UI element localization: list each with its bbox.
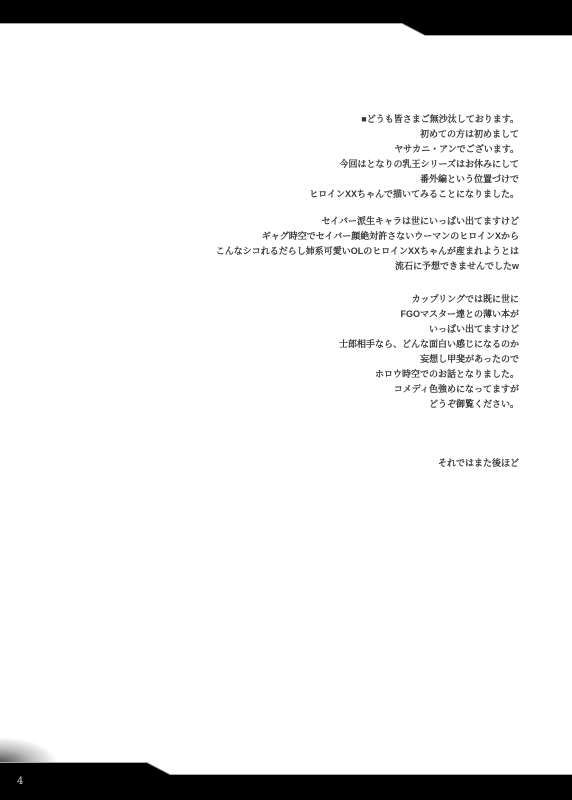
afterword-paragraph: それではまた後ほど xyxy=(60,456,519,471)
bottom-left-shade xyxy=(0,729,90,763)
afterword-text: ■どうも皆さまご無沙汰しております。初めての方は初めましてヤサカニ・アンでござい… xyxy=(60,112,519,471)
afterword-paragraph: カップリングでは既に世にFGOマスター達との薄い本がいっぱい出てますけど士郎相手… xyxy=(60,292,519,412)
afterword-line: こんなシコれるだらし姉系可愛いOLのヒロインXXちゃんが産まれようとは xyxy=(60,244,519,259)
afterword-line: ■どうも皆さまご無沙汰しております。 xyxy=(60,112,519,127)
afterword-line: ホロウ時空でのお話となりました。 xyxy=(60,367,519,382)
afterword-line: コメディ色強めになってますが xyxy=(60,382,519,397)
afterword-line: 初めての方は初めまして xyxy=(60,127,519,142)
top-black-band xyxy=(0,0,572,36)
afterword-line: 今回はとなりの乳王シリーズはお休みにして xyxy=(60,157,519,172)
afterword-line: セイバー派生キャラは世にいっぱい出てますけど xyxy=(60,214,519,229)
bottom-band-shape xyxy=(0,763,572,800)
afterword-line: いっぱい出てますけど xyxy=(60,322,519,337)
top-band-shape xyxy=(0,0,572,35)
afterword-line: 流石に予想できませんでしたw xyxy=(60,259,519,274)
doujinshi-afterword-page: ■どうも皆さまご無沙汰しております。初めての方は初めましてヤサカニ・アンでござい… xyxy=(0,0,572,800)
afterword-line: どうぞ御覧ください。 xyxy=(60,397,519,412)
afterword-line: ヒロインXXちゃんで描いてみることになりました。 xyxy=(60,187,519,202)
afterword-line: ヤサカニ・アンでございます。 xyxy=(60,142,519,157)
afterword-line: 士郎相手なら、どんな面白い感じになるのか xyxy=(60,337,519,352)
bottom-black-band xyxy=(0,762,572,800)
afterword-paragraph: ■どうも皆さまご無沙汰しております。初めての方は初めましてヤサカニ・アンでござい… xyxy=(60,112,519,202)
page-number: 4 xyxy=(17,776,23,787)
afterword-line: ギャグ時空でセイバー顔絶対許さないウーマンのヒロインXから xyxy=(60,229,519,244)
afterword-paragraph: セイバー派生キャラは世にいっぱい出てますけどギャグ時空でセイバー顔絶対許さないウ… xyxy=(60,214,519,274)
afterword-line: 番外編という位置づけで xyxy=(60,172,519,187)
afterword-line: それではまた後ほど xyxy=(60,456,519,471)
afterword-line: 妄想し甲斐があったので xyxy=(60,352,519,367)
afterword-line: FGOマスター達との薄い本が xyxy=(60,307,519,322)
afterword-line: カップリングでは既に世に xyxy=(60,292,519,307)
